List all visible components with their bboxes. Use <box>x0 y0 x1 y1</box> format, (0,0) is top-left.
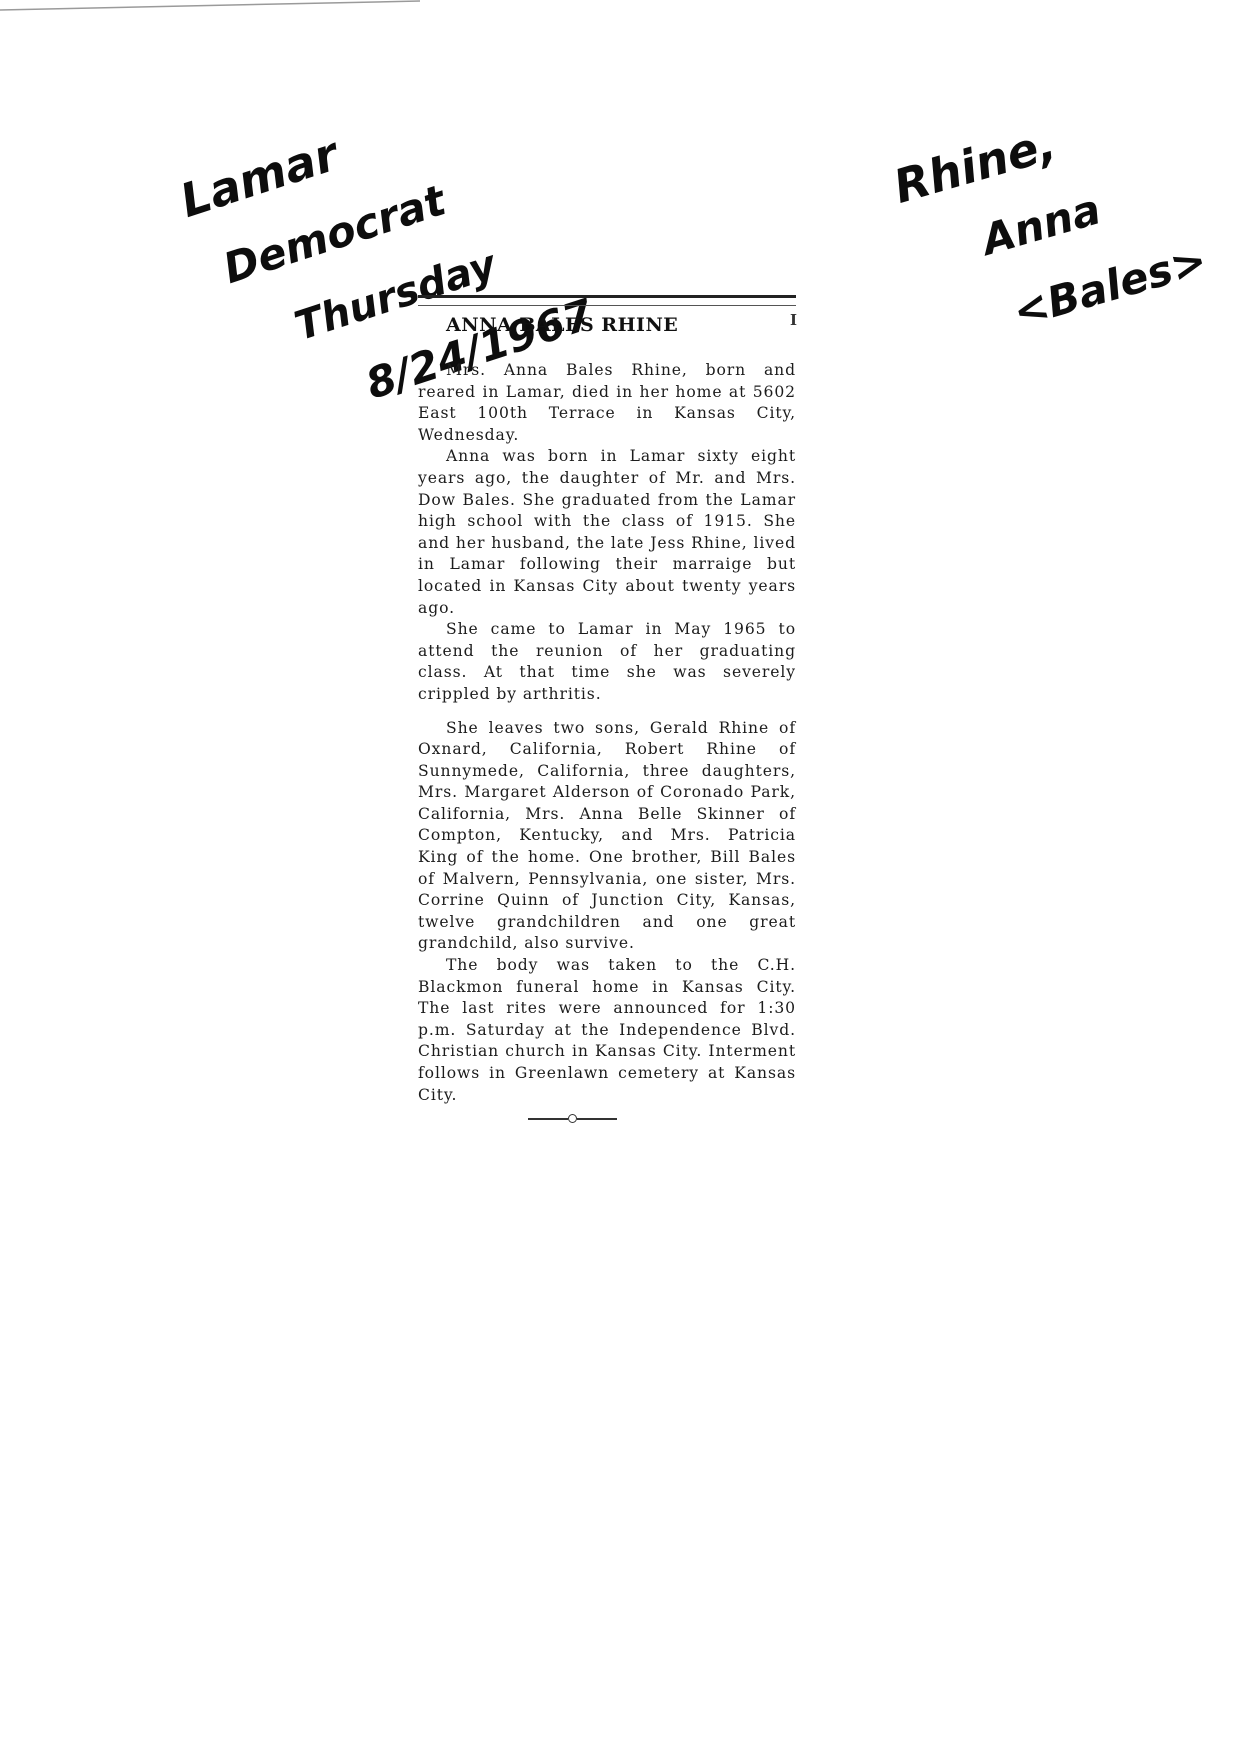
newspaper-clipping: ANNA BALES RHINE Mrs. Anna Bales Rhine, … <box>418 295 796 1123</box>
paragraph-reunion: She came to Lamar in May 1965 to attend … <box>418 619 796 705</box>
paragraph-biography: Anna was born in Lamar sixty eight years… <box>418 446 796 619</box>
end-divider <box>348 1114 796 1123</box>
obituary-headline: ANNA BALES RHINE <box>418 314 796 336</box>
obituary-body: Mrs. Anna Bales Rhine, born and reared i… <box>418 360 796 1106</box>
paragraph-survivors: She leaves two sons, Gerald Rhine of Oxn… <box>418 718 796 956</box>
handwritten-name-note: Rhine, Anna <Bales> <box>880 58 1216 371</box>
fragment: I <box>790 310 804 332</box>
adjacent-column-fragments: I <box>790 310 804 332</box>
note-maiden-name: <Bales> <box>1009 239 1212 334</box>
divider-circle-icon <box>568 1114 577 1123</box>
paragraph-funeral: The body was taken to the C.H. Blackmon … <box>418 955 796 1106</box>
headline-rule <box>418 295 796 306</box>
paragraph-death-notice: Mrs. Anna Bales Rhine, born and reared i… <box>418 360 796 446</box>
scan-edge-line <box>0 0 420 12</box>
